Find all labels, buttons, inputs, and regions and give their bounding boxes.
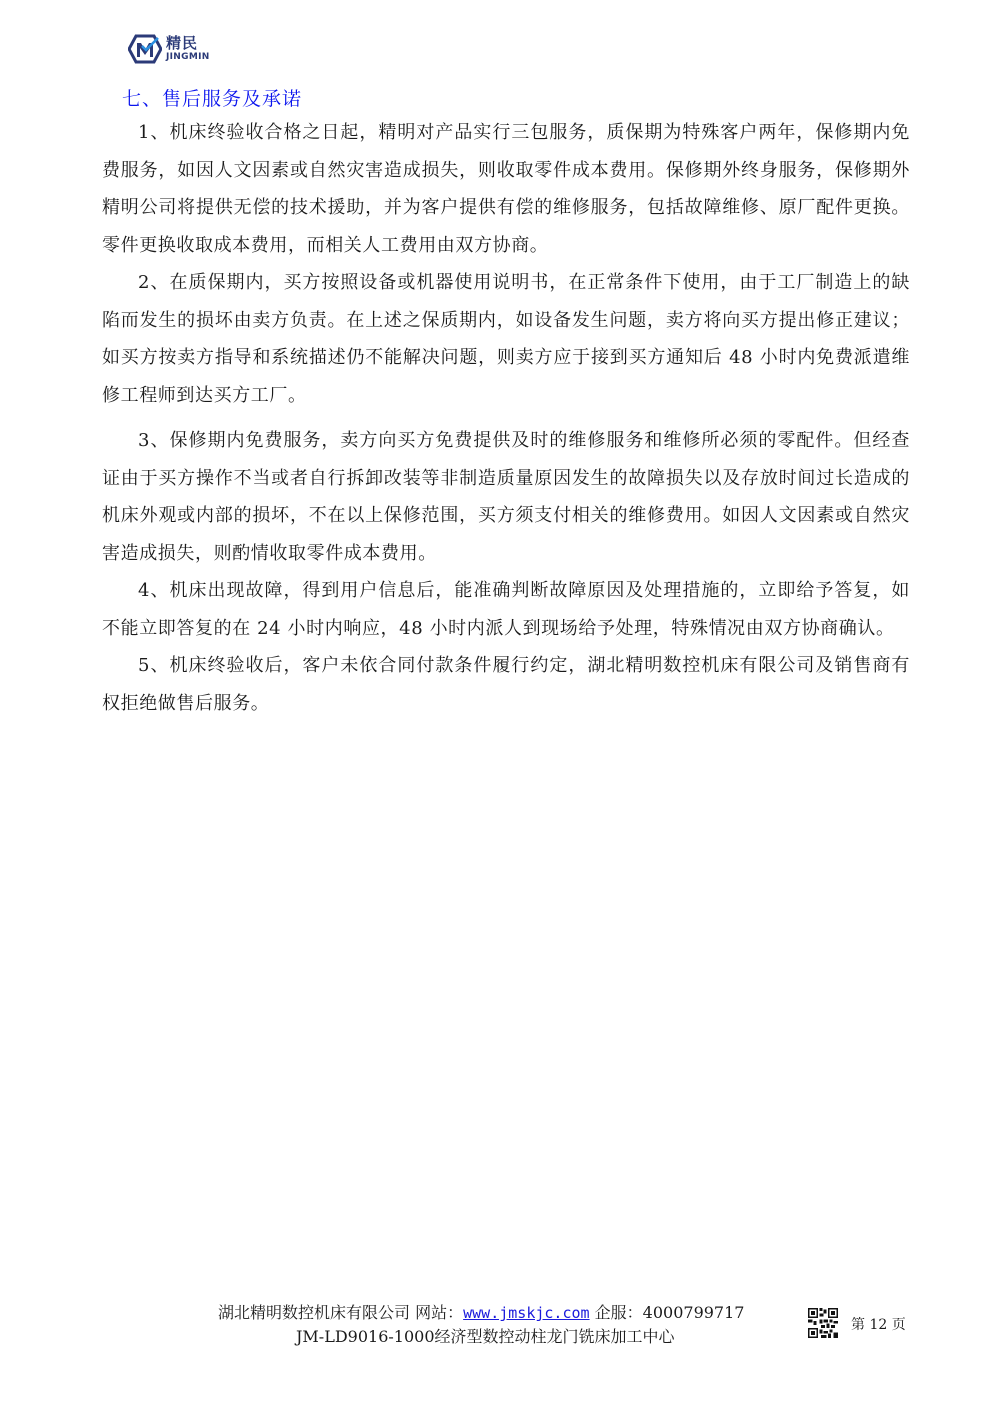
paragraph-1-warranty-terms: 1、机床终验收合格之日起，精明对产品实行三包服务，质保期为特殊客户两年，保修期内… (102, 114, 910, 264)
footer-company-name: 湖北精明数控机床有限公司 (218, 1303, 410, 1322)
paragraph-3-free-maintenance: 3、保修期内免费服务，卖方向买方免费提供及时的维修服务和维修所必须的零配件。但经… (102, 422, 910, 572)
footer-product-line: JM-LD9016-1000经济型数控动柱龙门铣床加工中心 (296, 1324, 675, 1347)
paragraph-4-fault-response: 4、机床出现故障，得到用户信息后，能准确判断故障原因及处理措施的，立即给予答复，… (102, 572, 910, 647)
section-title: 七、售后服务及承诺 (122, 84, 302, 111)
footer-contact-line: 湖北精明数控机床有限公司 网站：www.jmskjc.com 企服：400079… (218, 1300, 744, 1323)
jingmin-hexagon-m-logo-icon (128, 34, 162, 64)
footer-website-link[interactable]: www.jmskjc.com (463, 1304, 589, 1322)
qr-code-icon (808, 1308, 838, 1338)
paragraph-5-payment-condition: 5、机床终验收后，客户未依合同付款条件履行约定，湖北精明数控机床有限公司及销售商… (102, 647, 910, 722)
company-logo: 精民 JINGMIN (128, 34, 210, 64)
section-body: 1、机床终验收合格之日起，精明对产品实行三包服务，质保期为特殊客户两年，保修期内… (102, 114, 910, 722)
logo-name-cn: 精民 (166, 36, 210, 51)
paragraph-2-seller-responsibility: 2、在质保期内，买方按照设备或机器使用说明书，在正常条件下使用，由于工厂制造上的… (102, 264, 910, 414)
page-footer: 湖北精明数控机床有限公司 网站：www.jmskjc.com 企服：400079… (0, 1296, 1000, 1356)
logo-name-en: JINGMIN (166, 53, 210, 62)
footer-service-phone: 4000799717 (643, 1303, 745, 1322)
footer-service-label: 企服： (595, 1303, 643, 1322)
page-number: 第 12 页 (851, 1314, 906, 1334)
footer-website-label: 网站： (415, 1303, 463, 1322)
